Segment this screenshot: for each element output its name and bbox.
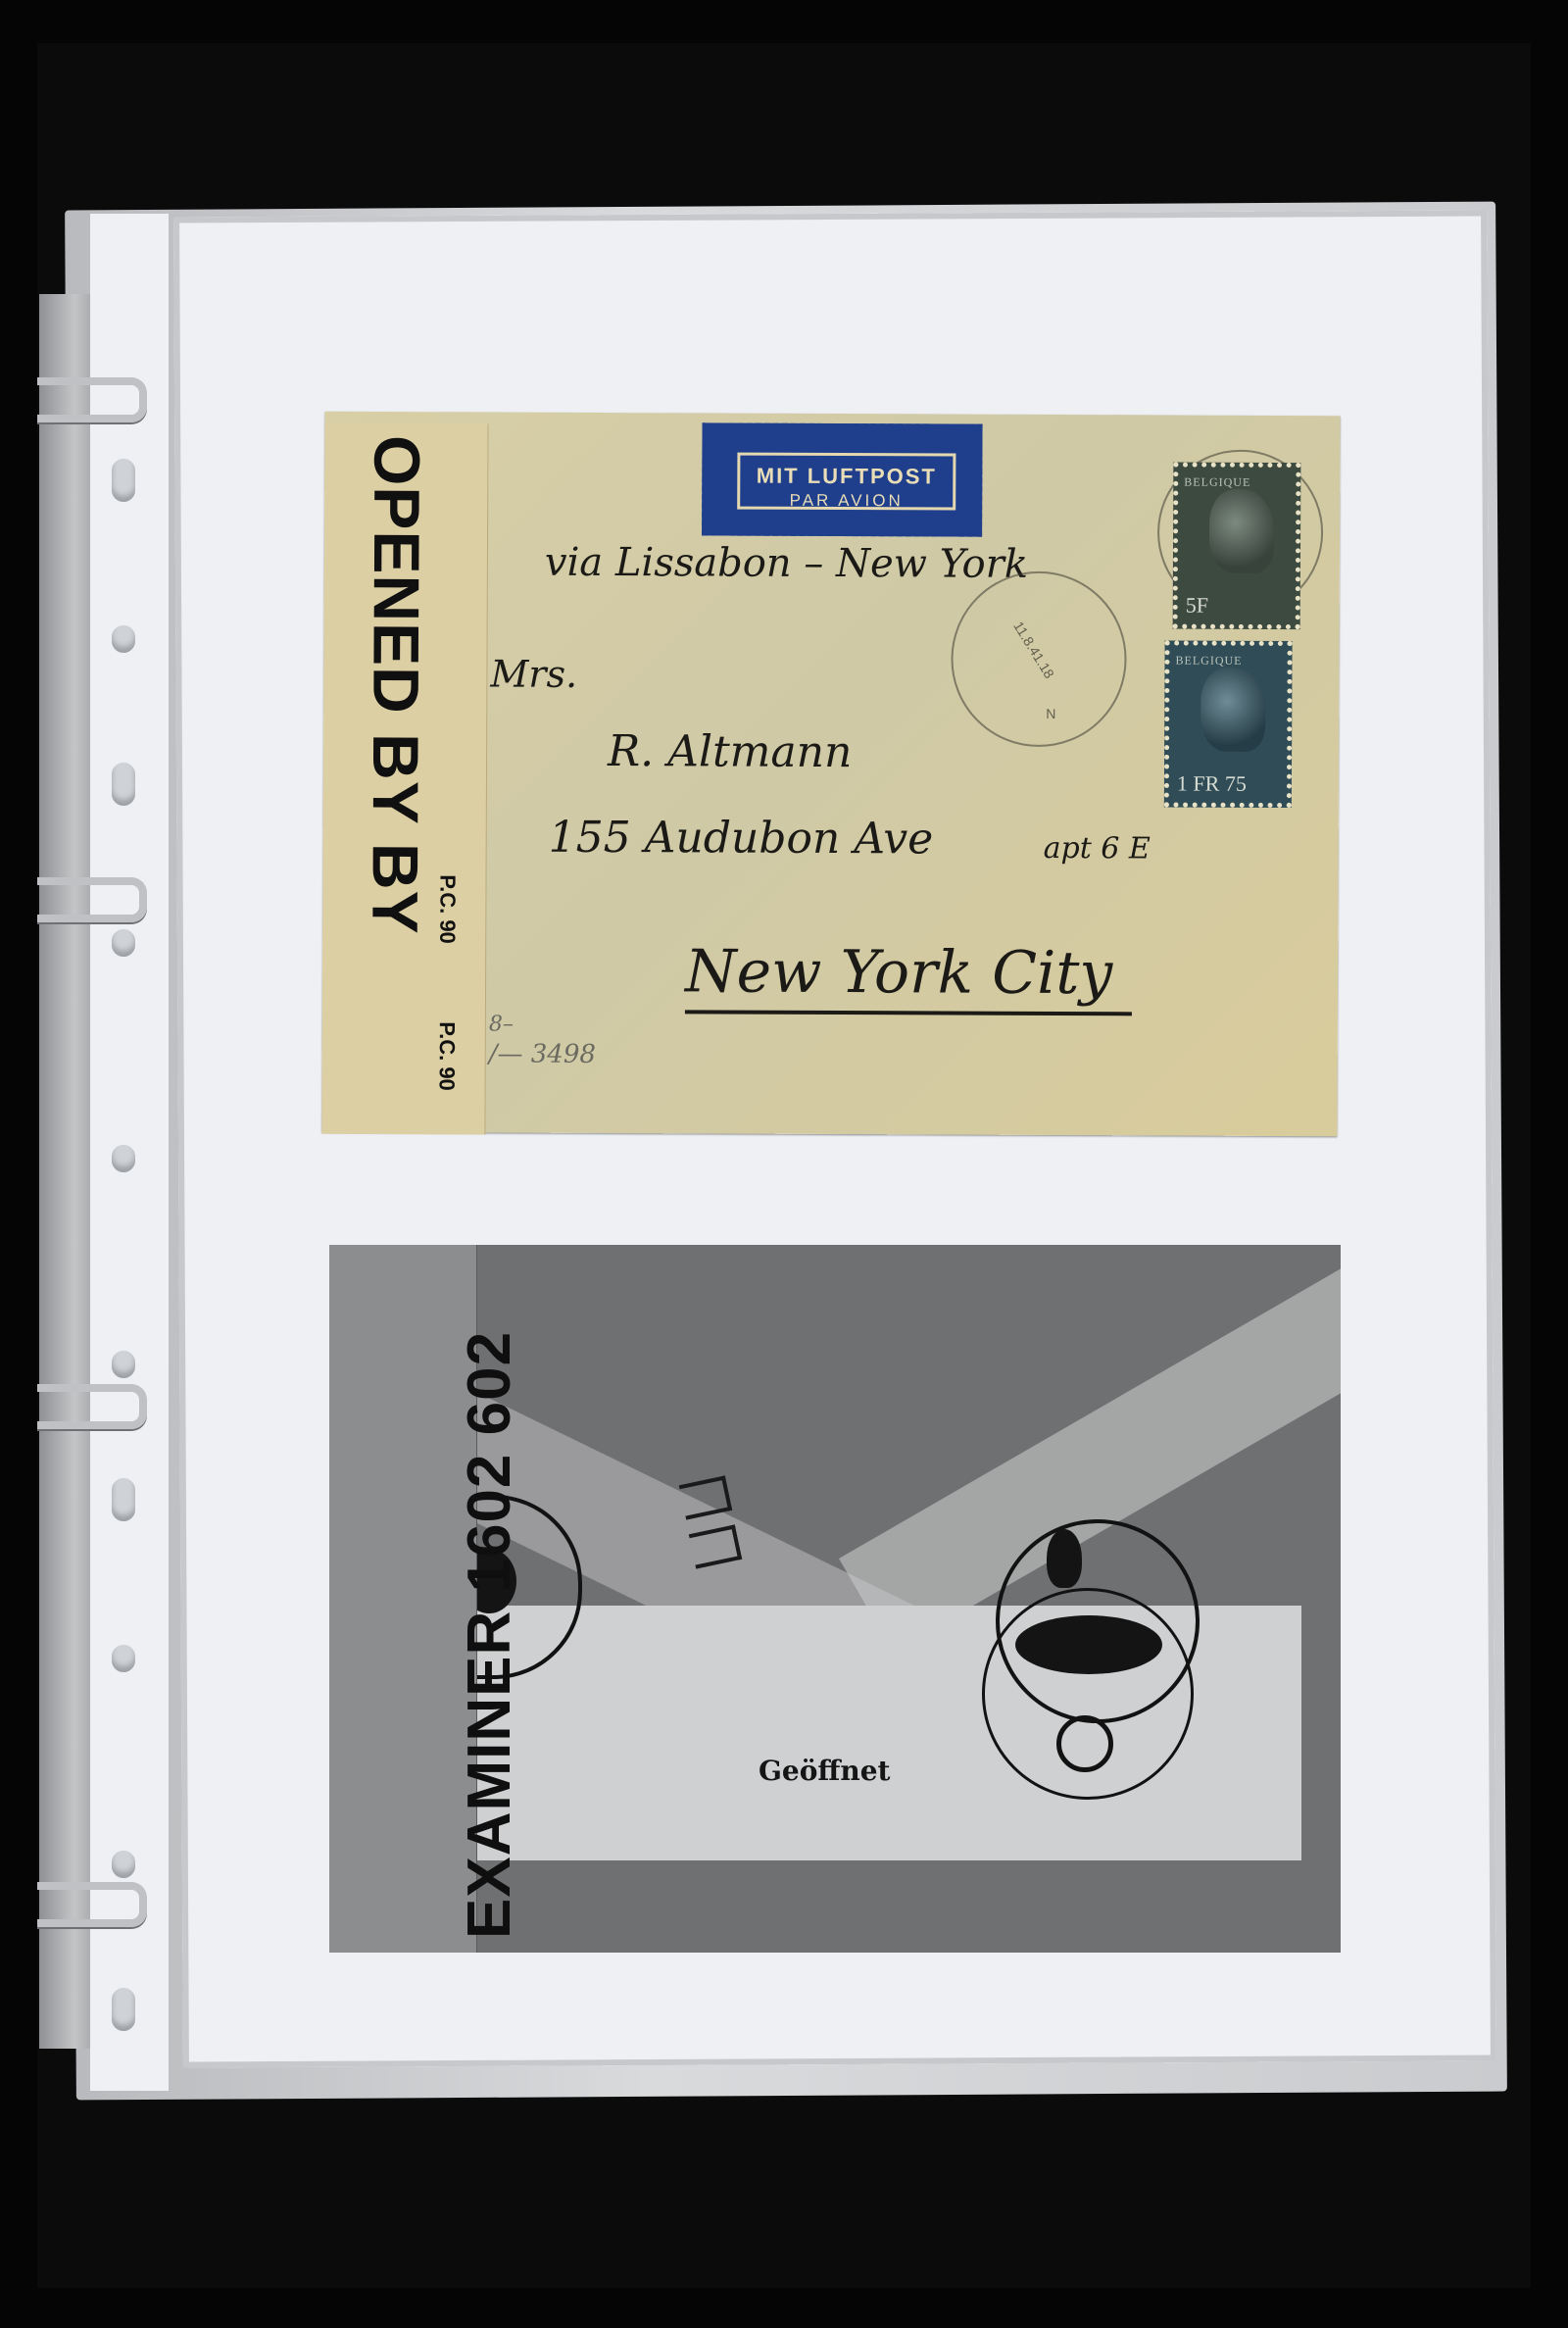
stamp-value: 1 FR 75 [1177, 771, 1247, 797]
binder-ring [37, 1384, 147, 1429]
postmark: 11.8.41.18 N [951, 571, 1127, 748]
punch-hole [112, 1988, 135, 2031]
censor-code: P.C. 90 [434, 1021, 460, 1091]
stamp-value: 5F [1186, 593, 1208, 619]
portrait-icon [1209, 489, 1274, 573]
punch-hole [112, 625, 135, 653]
binder-ring [37, 877, 147, 922]
stamp-5f: BELGIQUE 5F [1173, 463, 1301, 630]
airmail-label-sub: PAR AVION [740, 491, 953, 512]
geoeffnet-label: Geöffnet [759, 1755, 891, 1787]
address-salutation: Mrs. [490, 652, 577, 695]
airmail-cover: OPENED BY BY P.C. 90 P.C. 90 MIT LUFTPOS… [321, 412, 1340, 1137]
punch-hole [112, 1145, 135, 1172]
punch-hole [112, 1351, 135, 1378]
routing-note: via Lissabon – New York [545, 540, 1028, 587]
eagle-wings-icon [1015, 1615, 1162, 1674]
censor-tape-opened-by: OPENED BY BY P.C. 90 P.C. 90 [321, 423, 488, 1135]
punch-hole [112, 1851, 135, 1878]
address-apartment: apt 6 E [1044, 831, 1151, 866]
censored-cover-back: Geöffnet EXAMINER 1602 602 [329, 1245, 1341, 1953]
censor-text: OPENED BY BY [358, 435, 434, 935]
address-name: R. Altmann [608, 726, 852, 777]
address-street: 155 Audubon Ave [549, 813, 934, 865]
punch-hole [112, 459, 135, 502]
postmark-letter: N [1046, 706, 1055, 721]
airmail-label: MIT LUFTPOST PAR AVION [702, 422, 982, 536]
stamp-country: BELGIQUE [1184, 475, 1250, 490]
binder-ring [37, 377, 147, 422]
punch-hole [112, 929, 135, 957]
punch-hole [112, 763, 135, 806]
stamp-country: BELGIQUE [1175, 654, 1242, 669]
censor-tape-examiner: EXAMINER 1602 602 [329, 1245, 477, 1953]
portrait-icon [1200, 668, 1265, 752]
censor-code: P.C. 90 [434, 874, 460, 944]
pencil-note: 8– [489, 1012, 514, 1036]
wreath-icon [1056, 1715, 1113, 1772]
punch-hole [112, 1478, 135, 1521]
airmail-label-main: MIT LUFTPOST [740, 464, 953, 490]
eagle-head-icon [1047, 1529, 1082, 1588]
stamp-1fr75: BELGIQUE 1 FR 75 [1164, 640, 1293, 808]
punched-margin [90, 214, 169, 2091]
pencil-note: /— 3498 [489, 1039, 596, 1068]
address-city: New York City [685, 937, 1133, 1015]
examiner-text: EXAMINER 1602 602 [455, 1331, 524, 1939]
binder-ring [37, 1882, 147, 1927]
postmark-date: 11.8.41.18 [1010, 619, 1057, 681]
punch-hole [112, 1645, 135, 1672]
binder-spine [39, 294, 98, 2049]
